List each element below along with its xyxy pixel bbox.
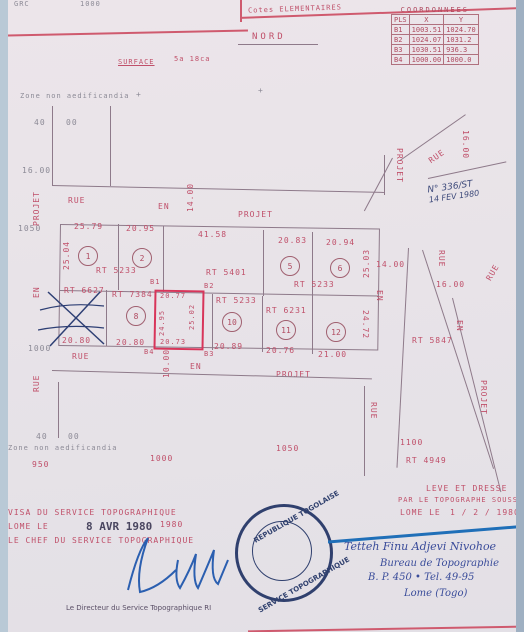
survey-plan-document: GRC 1000 Cotes ELEMENTAIRES NORD SURFACE…: [8, 0, 520, 632]
crossed-out-mark-icon: [38, 288, 108, 348]
road-edge: [396, 248, 409, 468]
surveyed-line-2: PAR LE TOPOGRAPHE SOUSSIGNE: [398, 496, 520, 504]
parcel-8-title: RT 7384: [112, 290, 153, 299]
road-edge: [384, 155, 385, 195]
col-header-x: X: [409, 15, 444, 25]
visa-line-1: VISA DU SERVICE TOPOGRAPHIQUE: [8, 508, 177, 517]
cell-point: B3: [392, 45, 410, 55]
parcel-9-front-top: 20.77: [160, 292, 186, 300]
parcel-lower-right-title: RT 4949: [406, 456, 447, 465]
cell-y: 1000.0: [444, 55, 479, 65]
table-row: B1 1003.51 1024.70: [392, 25, 479, 35]
surveyor-office: Bureau de Topographie: [380, 558, 499, 569]
grid-label-950: 950: [32, 460, 49, 469]
chief-signature-icon: [118, 530, 238, 600]
parcel-11-title: RT 6231: [266, 306, 307, 315]
zone-top-label: Zone non aedificandia: [20, 92, 130, 100]
cell-point: B1: [392, 25, 410, 35]
cell-point: B4: [392, 55, 410, 65]
seal-emblem-icon: [252, 521, 312, 581]
col-header-point: PLS: [392, 15, 410, 25]
parcel-10-title: RT 5233: [216, 296, 257, 305]
grid-label-1000: 1000: [28, 344, 51, 353]
parcel-12-side: 24.72: [361, 310, 370, 339]
registration-stamp: N° 336/ST 14 FEV 1980: [427, 179, 480, 205]
road-label-en: EN: [158, 202, 170, 211]
road-label-right-en: EN: [375, 290, 384, 302]
zone-top-side: 16.00: [22, 166, 51, 175]
parcel-divider: [263, 230, 264, 296]
road-label-left-rue: RUE: [32, 375, 41, 392]
road-width-right: 14.00: [376, 260, 405, 269]
surveyor-address: B. P. 450 • Tel. 49-95: [368, 572, 474, 583]
zone-line: [110, 106, 111, 186]
parcel-12-front: 21.00: [318, 350, 347, 359]
coordinates-title: COORDONNEES: [391, 6, 479, 14]
road-width-right-b: 16.00: [436, 280, 465, 289]
cell-x: 1003.51: [409, 25, 444, 35]
table-row: B2 1024.07 1031.2: [392, 35, 479, 45]
parcel-number-1: 1: [78, 246, 98, 266]
cell-x: 1000.00: [409, 55, 444, 65]
parcel-6-front: 20.94: [326, 238, 355, 247]
road-width-diag: 16.00: [461, 130, 470, 159]
zone-bottom-dim-a: 40: [36, 432, 48, 441]
road-edge-top: [52, 185, 384, 193]
parcel-2-front: 20.95: [126, 224, 155, 233]
parcel-number-2: 2: [132, 248, 152, 268]
parcel-8-front: 20.80: [116, 338, 145, 347]
road-edge-bottom: [52, 370, 372, 379]
surface-label: SURFACE: [118, 58, 155, 66]
parcel-number-11: 11: [276, 320, 296, 340]
road-label-diag-rue-b: RUE: [484, 263, 501, 283]
parcel-3-title: RT 5401: [206, 268, 247, 277]
director-title: Le Directeur du Service Topographique RI: [66, 604, 211, 612]
zone-line: [52, 106, 53, 186]
boundary-point-b4: B4: [144, 348, 154, 356]
stamp-frame: [428, 161, 506, 179]
cell-point: B2: [392, 35, 410, 45]
parcel-9-side-right: 25.02: [188, 304, 196, 330]
header-rule-left: [8, 29, 248, 36]
road-label-diag-rue: RUE: [427, 148, 446, 165]
background-edge-left: [0, 0, 8, 632]
parcel-divider: [212, 294, 213, 350]
north-underline: [238, 44, 318, 45]
parcel-11-front: 20.76: [266, 346, 295, 355]
parcel-9-front: 20.73: [160, 338, 186, 346]
parcel-2-title: RT 5233: [96, 266, 137, 275]
zone-top-dim-b: 00: [66, 118, 78, 127]
parcel-number-12: 12: [326, 322, 346, 342]
road-label-bottom-en: EN: [190, 362, 202, 371]
parcel-divider: [312, 298, 313, 354]
cell-y: 936.3: [444, 45, 479, 55]
road-label-right-en-b: EN: [455, 320, 464, 332]
parcel-divider: [262, 296, 263, 352]
footer-rule: [248, 626, 520, 632]
parcel-number-10: 10: [222, 312, 242, 332]
road-label-bottom-rue: RUE: [72, 352, 89, 361]
visa-date-label: LOME LE: [8, 522, 49, 531]
road-label-rue: RUE: [68, 196, 85, 205]
road-edge-diagonal: [364, 158, 393, 211]
parcel-divider: [118, 224, 119, 290]
grid-cross-icon: +: [136, 90, 142, 99]
parcel-6-side: 25.03: [362, 249, 371, 278]
zone-line: [58, 382, 59, 438]
surface-value: 5a 18ca: [174, 55, 211, 63]
parcel-5-front: 20.83: [278, 236, 307, 245]
background-edge-right: [516, 0, 524, 632]
north-label: NORD: [252, 32, 286, 42]
visa-year: 1980: [160, 520, 183, 529]
parcel-number-5: 5: [280, 256, 300, 276]
surveyed-date-label: LOME LE: [400, 508, 441, 517]
parcel-divider: [163, 226, 164, 292]
coordinates-table: COORDONNEES PLS X Y B1 1003.51 1024.70 B…: [391, 6, 479, 65]
header-left-value: 1000: [80, 0, 101, 8]
table-row: B3 1030.51 936.3: [392, 45, 479, 55]
grid-cross-icon: +: [258, 86, 264, 95]
col-header-y: Y: [444, 15, 479, 25]
road-label-right-projet: PROJET: [479, 380, 488, 415]
parcel-number-6: 6: [330, 258, 350, 278]
parcel-3-front: 41.58: [198, 230, 227, 239]
parcel-1-side: 25.04: [62, 241, 71, 270]
boundary-point-b3: B3: [204, 350, 214, 358]
official-seal-icon: REPUBLIQUE TOGOLAISE SERVICE TOPOGRAPHIQ…: [235, 504, 333, 602]
road-label-left-en: EN: [32, 286, 41, 298]
cell-x: 1024.07: [409, 35, 444, 45]
zone-line: [364, 386, 365, 476]
grid-label-x1100: 1100: [400, 438, 423, 447]
road-label-right-rue-b: RUE: [437, 250, 446, 267]
parcel-right-title: RT 5847: [412, 336, 453, 345]
surveyed-line-1: LEVE ET DRESSE: [426, 484, 507, 493]
road-label-left-projet: PROJET: [32, 191, 41, 226]
grid-label-x1000: 1000: [150, 454, 173, 463]
cell-x: 1030.51: [409, 45, 444, 55]
parcel-6-title: RT 5233: [294, 280, 335, 289]
parcel-1-front: 25.79: [74, 222, 103, 231]
grid-label-x1050: 1050: [276, 444, 299, 453]
cell-y: 1024.70: [444, 25, 479, 35]
parcel-9-side-left: 24.95: [158, 310, 166, 336]
surveyor-city: Lome (Togo): [404, 588, 467, 599]
surveyor-name: Tetteh Finu Adjevi Nivohoe: [344, 540, 496, 553]
road-label-right-projet: PROJET: [395, 148, 404, 183]
boundary-point-b2: B2: [204, 282, 214, 290]
table-row: B4 1000.00 1000.0: [392, 55, 479, 65]
cell-y: 1031.2: [444, 35, 479, 45]
road-label-right-rue: RUE: [369, 402, 378, 419]
parcel-10-front: 20.89: [214, 342, 243, 351]
zone-bottom-dim-b: 00: [68, 432, 80, 441]
header-divider: [240, 0, 242, 22]
boundary-point-b1: B1: [150, 278, 160, 286]
parcel-number-8: 8: [126, 306, 146, 326]
zone-top-dim-a: 40: [34, 118, 46, 127]
header-left-label: GRC: [14, 0, 30, 8]
surveyed-date: 1 / 2 / 1980: [450, 508, 520, 517]
road-label-projet: PROJET: [238, 210, 273, 219]
road-width-top: 14.00: [186, 183, 195, 212]
zone-bottom-label: Zone non aedificandia: [8, 444, 118, 452]
